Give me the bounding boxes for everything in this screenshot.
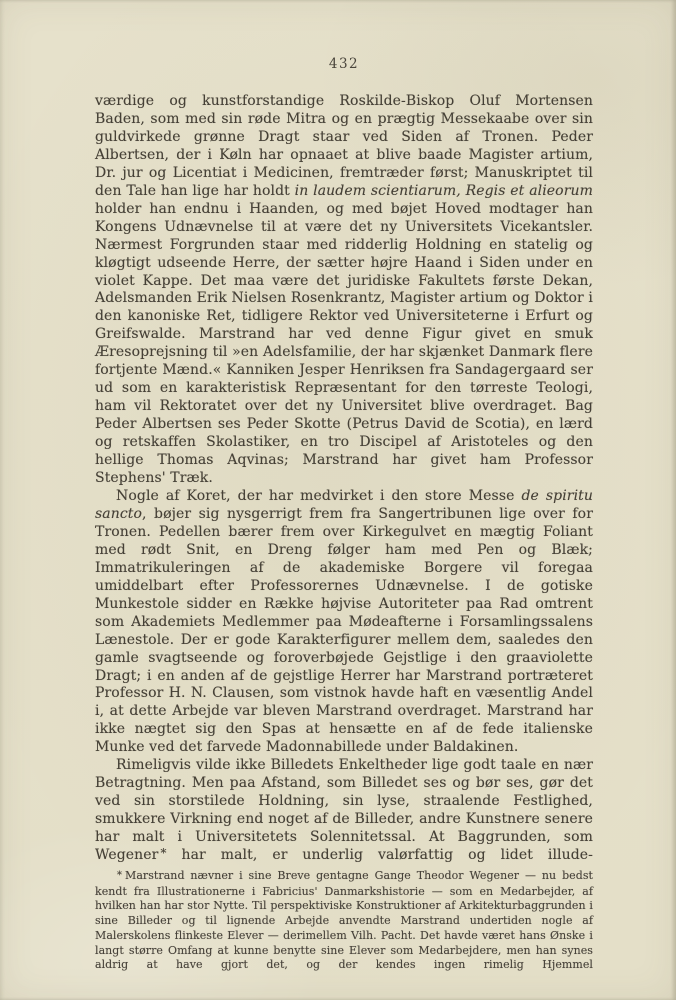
footnote: *Marstrand nævner i sine Breve gentagne … <box>95 869 593 973</box>
scanned-book-page: 432 værdige og kunstforstandige Roskilde… <box>0 0 676 1000</box>
text-column: værdige og kunstforstandige Roskilde-Bis… <box>95 93 593 973</box>
footnote-reference-asterisk: * <box>158 846 166 860</box>
body-paragraph-1: værdige og kunstforstandige Roskilde-Bis… <box>95 93 593 488</box>
paragraph-text: har malt, er underlig valørfattig og lid… <box>167 847 593 863</box>
paragraph-text: holder han endnu i Haanden, og med bøjet… <box>95 201 593 486</box>
paragraph-text: Nogle af Koret, der har medvirket i den … <box>116 488 521 504</box>
footnote-marker-asterisk: * <box>117 870 125 881</box>
latin-phrase-italic: in laudem scientiarum, Regis et alieorum <box>295 183 593 199</box>
body-paragraph-2: Nogle af Koret, der har medvirket i den … <box>95 488 593 757</box>
paragraph-text: , bøjer sig nysgerrigt frem fra Sangertr… <box>95 506 593 755</box>
footnote-text: Marstrand nævner i sine Breve gentagne G… <box>95 869 593 972</box>
body-paragraph-3: Rimeligvis vilde ikke Billedets Enkelthe… <box>95 757 593 865</box>
page-number: 432 <box>95 56 593 72</box>
